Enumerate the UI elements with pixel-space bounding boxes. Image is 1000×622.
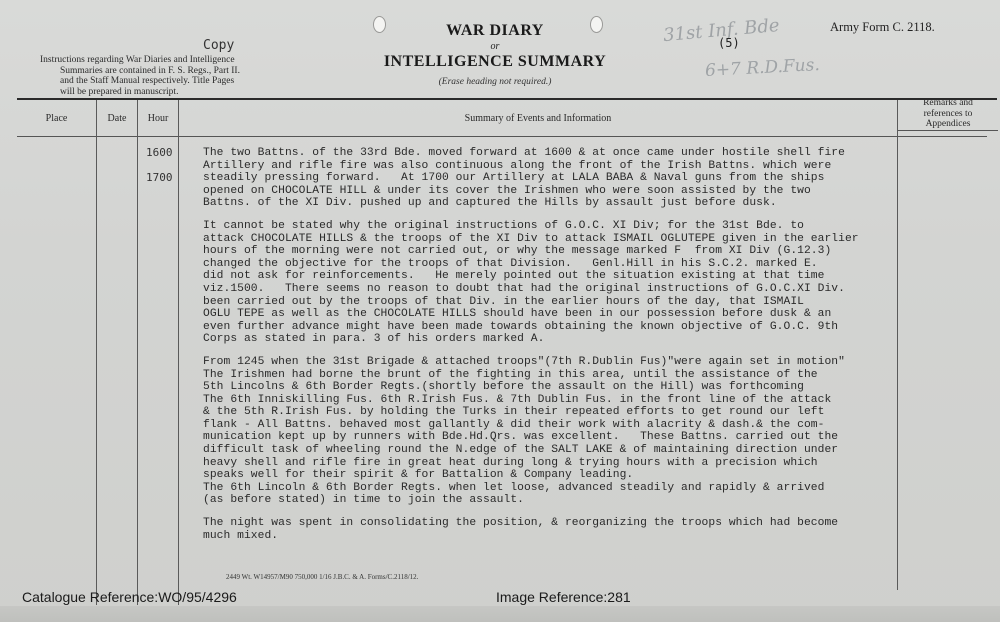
hour-entry: 1700 xyxy=(146,171,173,196)
summary-line: difficult task of wheeling round the N.e… xyxy=(203,444,903,457)
title-war-diary: WAR DIARY xyxy=(360,22,630,40)
summary-line: The two Battns. of the 33rd Bde. moved f… xyxy=(203,147,903,160)
instruction-line: Summaries are contained in F. S. Regs., … xyxy=(40,66,270,77)
summary-line: speaks well for their spirit & for Batta… xyxy=(203,469,903,482)
summary-line: From 1245 when the 31st Brigade & attach… xyxy=(203,356,903,369)
summary-line: Corps as stated in para. 3 of his orders… xyxy=(203,333,903,346)
summary-line: even further advance might have been mad… xyxy=(203,321,903,334)
summary-line: did not ask for reinforcements. He merel… xyxy=(203,270,903,283)
table-top-rule xyxy=(17,98,997,100)
summary-line: heavy shell and rifle fire in great heat… xyxy=(203,457,903,470)
catalogue-reference: Catalogue Reference:WO/95/4296 xyxy=(22,589,237,605)
remarks-header-line: Remarks and xyxy=(900,98,996,109)
summary-line: viz.1500. There seems no reason to doubt… xyxy=(203,283,903,296)
summary-line: been carried out by the troops of that D… xyxy=(203,296,903,309)
column-header-place: Place xyxy=(17,113,96,124)
summary-line: hours of the morning were not carried ou… xyxy=(203,245,903,258)
image-reference: Image Reference:281 xyxy=(496,589,631,605)
remarks-header-line: Appendices xyxy=(900,119,996,130)
summary-line: The Irishmen had borne the brunt of the … xyxy=(203,369,903,382)
erase-note: (Erase heading not required.) xyxy=(360,77,630,87)
summary-line: flank - All Battns. behaved most gallant… xyxy=(203,419,903,432)
column-divider xyxy=(96,100,97,605)
column-divider xyxy=(178,100,179,605)
summary-line: 5th Lincolns & 6th Border Regts.(shortly… xyxy=(203,381,903,394)
summary-of-events: The two Battns. of the 33rd Bde. moved f… xyxy=(203,147,903,552)
summary-paragraph: It cannot be stated why the original ins… xyxy=(203,220,903,346)
summary-line: It cannot be stated why the original ins… xyxy=(203,220,903,233)
instruction-line: and the Staff Manual respectively. Title… xyxy=(40,76,270,87)
remarks-header-rule xyxy=(898,130,998,131)
army-form-number: Army Form C. 2118. xyxy=(830,20,935,35)
summary-line: The night was spent in consolidating the… xyxy=(203,517,903,530)
summary-line: (as before stated) in time to join the a… xyxy=(203,494,903,507)
printer-imprint: 2449 Wt. W14957/M90 750,000 1/16 J.B.C. … xyxy=(226,573,418,581)
summary-line: much mixed. xyxy=(203,530,903,543)
form-instructions: Instructions regarding War Diaries and I… xyxy=(40,55,270,97)
hour-column: 1600 1700 xyxy=(146,146,173,196)
summary-paragraph: From 1245 when the 31st Brigade & attach… xyxy=(203,356,903,507)
copy-stamp: Copy xyxy=(203,38,234,53)
column-header-date: Date xyxy=(97,113,137,124)
title-intelligence-summary: INTELLIGENCE SUMMARY xyxy=(360,53,630,71)
instruction-line: will be prepared in manuscript. xyxy=(40,87,270,98)
handwritten-battalion-note: 6+7 R.D.Fus. xyxy=(705,55,821,81)
page-number: (5) xyxy=(718,36,740,50)
summary-line: opened on CHOCOLATE HILL & under its cov… xyxy=(203,185,903,198)
form-title: WAR DIARY or INTELLIGENCE SUMMARY (Erase… xyxy=(360,22,630,87)
column-header-hour: Hour xyxy=(138,113,178,124)
summary-line: munication kept up by runners with Bde.H… xyxy=(203,431,903,444)
table-header-rule xyxy=(17,136,987,137)
summary-line: The 6th Lincoln & 6th Border Regts. when… xyxy=(203,482,903,495)
hour-entry: 1600 xyxy=(146,146,173,171)
summary-paragraph: The two Battns. of the 33rd Bde. moved f… xyxy=(203,147,903,210)
remarks-header-line: references to xyxy=(900,109,996,120)
summary-line: & the 5th R.Irish Fus. by holding the Tu… xyxy=(203,406,903,419)
summary-line: Artillery and rifle fire was also contin… xyxy=(203,160,903,173)
war-diary-page: Copy Instructions regarding War Diaries … xyxy=(0,0,1000,622)
summary-line: steadily pressing forward. At 1700 our A… xyxy=(203,172,903,185)
summary-line: Battns. of the XI Div. pushed up and cap… xyxy=(203,197,903,210)
column-divider xyxy=(137,100,138,605)
summary-line: attack CHOCOLATE HILLS & the troops of t… xyxy=(203,233,903,246)
summary-line: OGLU TEPE as well as the CHOCOLATE HILLS… xyxy=(203,308,903,321)
page-bottom-edge xyxy=(0,606,1000,622)
instruction-line: Instructions regarding War Diaries and I… xyxy=(40,55,270,66)
summary-line: The 6th Inniskilling Fus. 6th R.Irish Fu… xyxy=(203,394,903,407)
title-or: or xyxy=(360,41,630,52)
column-header-summary: Summary of Events and Information xyxy=(179,113,897,124)
summary-paragraph: The night was spent in consolidating the… xyxy=(203,517,903,542)
column-header-remarks: Remarks and references to Appendices xyxy=(900,98,996,130)
summary-line: changed the objective for the troops of … xyxy=(203,258,903,271)
